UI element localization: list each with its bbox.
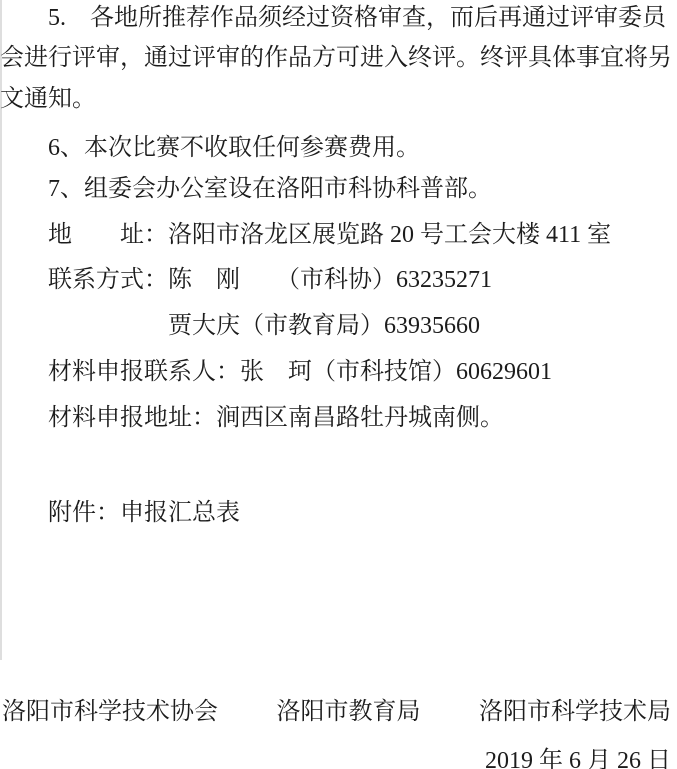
document-page: 5. 各地所推荐作品须经过资格审查，而后再通过评审委员 会进行评审，通过评审的作… [0, 0, 677, 769]
paragraph-5-line-1: 5. 各地所推荐作品须经过资格审查，而后再通过评审委员 [48, 3, 666, 33]
material-address-line: 材料申报地址：涧西区南昌路牡丹城南侧。 [48, 403, 504, 433]
paragraph-5-line-2: 会进行评审，通过评审的作品方可进入终评。终评具体事宜将另 [0, 43, 672, 73]
address-line: 地 址：洛阳市洛龙区展览路 20 号工会大楼 411 室 [48, 220, 611, 250]
paragraph-7: 7、组委会办公室设在洛阳市科协科普部。 [48, 174, 492, 204]
attachment-line: 附件：申报汇总表 [48, 498, 240, 528]
material-contact-line: 材料申报联系人：张 珂（市科技馆）60629601 [48, 357, 552, 387]
footer-date: 2019 年 6 月 26 日 [485, 740, 671, 769]
paragraph-5-line-3: 文通知。 [0, 84, 96, 114]
paragraph-6: 6、本次比赛不收取任何参赛费用。 [48, 133, 420, 163]
footer-org-1: 洛阳市科学技术协会 [2, 691, 218, 726]
contact-line-2: 贾大庆（市教育局）63935660 [168, 311, 480, 341]
footer-org-3: 洛阳市科学技术局 [479, 691, 671, 726]
footer-org-2: 洛阳市教育局 [277, 691, 421, 726]
contact-line-1: 联系方式：陈 刚 （市科协）63235271 [48, 265, 492, 295]
footer-organizations: 洛阳市科学技术协会 洛阳市教育局 洛阳市科学技术局 [2, 691, 671, 726]
